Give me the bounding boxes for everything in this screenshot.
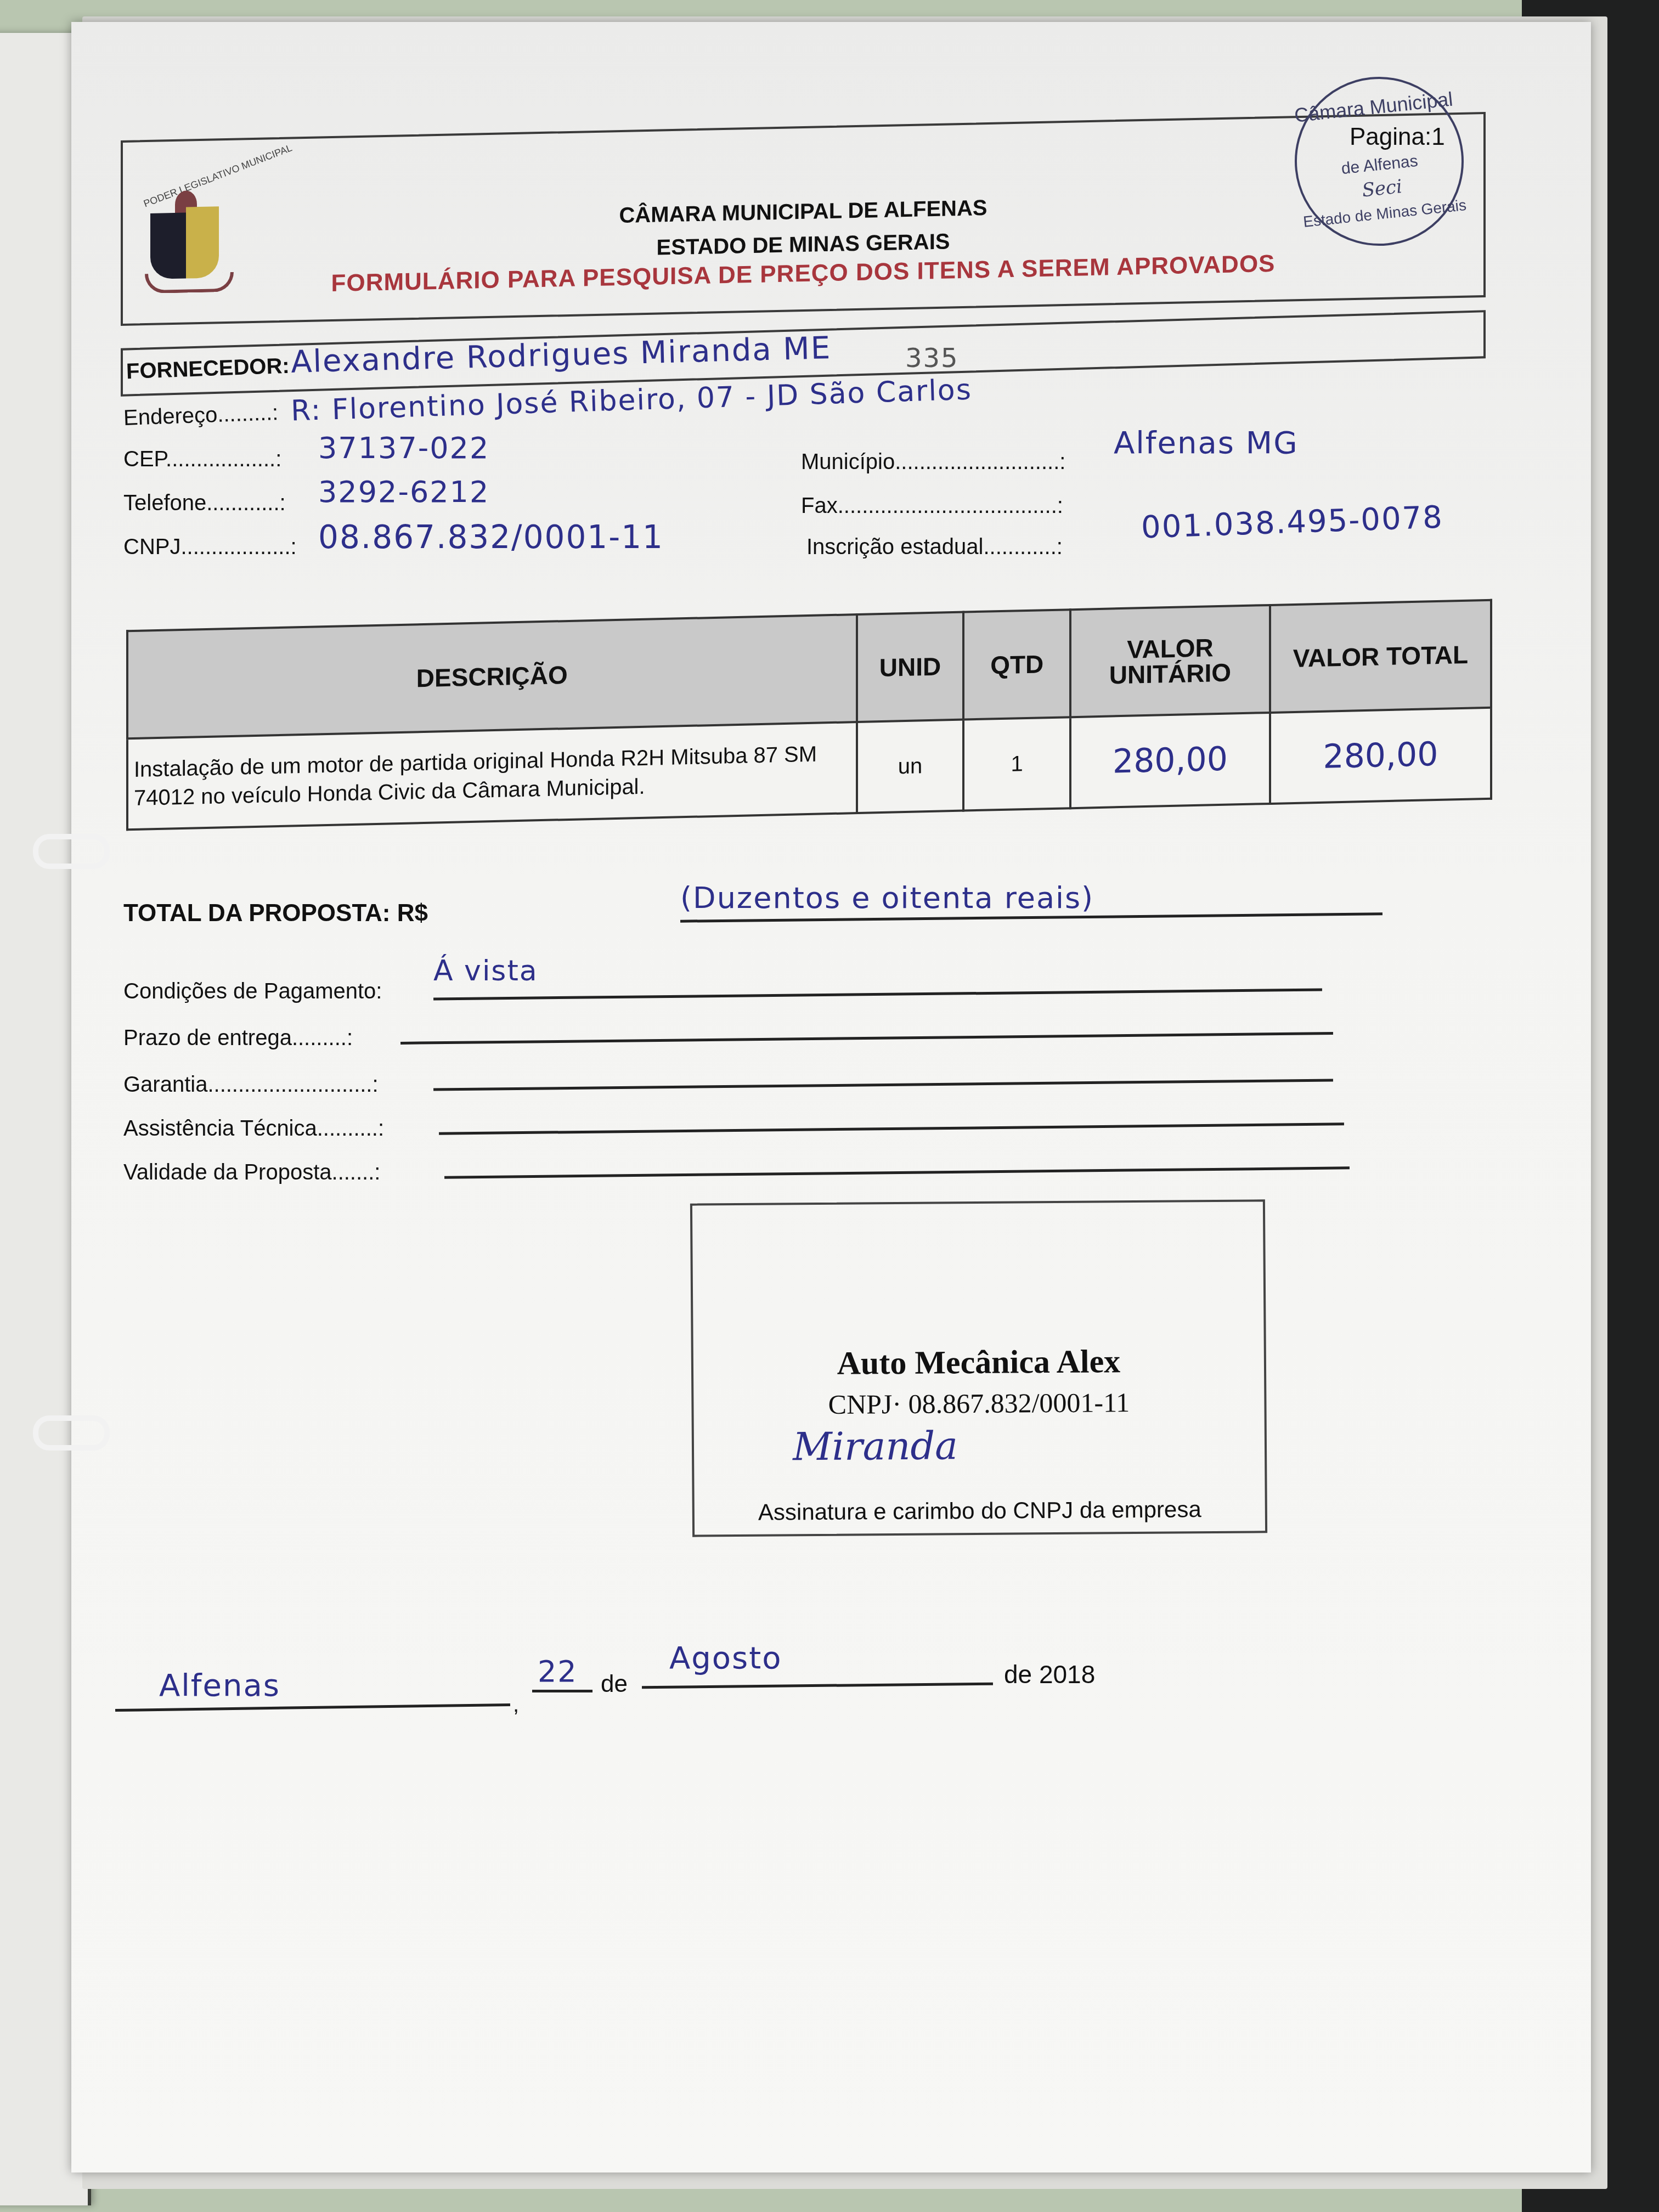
supplier-note: 335 [905,343,959,374]
column-header-quantity: QTD [963,610,1070,719]
state-registration-label: Inscrição estadual............: [806,535,1063,560]
item-description: Instalação de um motor de partida origin… [127,722,857,830]
fax-label: Fax....................................: [801,494,1063,518]
proposal-validity-label: Validade da Proposta.......: [123,1160,380,1185]
warranty-label: Garantia...........................: [123,1073,379,1097]
binder-ring [33,834,110,869]
stamp-top-text: Câmara Municipal [1290,87,1457,127]
payment-terms-underline [433,989,1322,1001]
signature-stamp-box[interactable]: Auto Mecânica Alex CNPJ· 08.867.832/0001… [690,1199,1267,1537]
phone-field[interactable]: 3292-6212 [318,475,489,509]
column-header-total-price: VALOR TOTAL [1270,600,1491,713]
day-field[interactable]: 22 [538,1654,578,1689]
handwritten-signature: Miranda [793,1423,958,1469]
day-underline [532,1690,592,1692]
delivery-time-label: Prazo de entrega.........: [123,1026,353,1051]
item-unit-price-field[interactable]: 280,00 [1070,713,1270,808]
column-header-unit: UNID [857,612,964,722]
payment-terms-field[interactable]: Á vista [433,955,538,988]
company-stamp-name: Auto Mecânica Alex [693,1341,1264,1383]
warranty-underline [433,1079,1333,1091]
proposal-validity-underline [444,1166,1350,1178]
items-table: DESCRIÇÃO UNID QTD VALOR UNITÁRIO VALOR … [126,599,1492,831]
column-header-unit-price: VALOR UNITÁRIO [1070,605,1270,717]
cnpj-label: CNPJ..................: [123,535,297,560]
company-stamp-cnpj: CNPJ· 08.867.832/0001-11 [693,1385,1264,1421]
place-underline [115,1703,510,1712]
phone-label: Telefone............: [123,491,286,516]
technical-assistance-underline [439,1122,1344,1135]
month-underline [642,1683,993,1689]
technical-assistance-label: Assistência Técnica..........: [123,1116,384,1141]
year-label: de 2018 [1004,1660,1095,1689]
item-total-price-field[interactable]: 280,00 [1270,708,1491,804]
logo-caption: PODER LEGISLATIVO MUNICIPAL [142,142,294,210]
date-de-label: de [601,1671,628,1698]
binder-ring [33,1415,110,1451]
total-in-words-field[interactable]: (Duzentos e oitenta reais) [680,881,1094,915]
page-number: Pagina:1 [1350,123,1445,151]
cep-label: CEP..................: [123,447,281,472]
place-field[interactable]: Alfenas [159,1668,280,1703]
header-box: PODER LEGISLATIVO MUNICIPAL CÂMARA MUNIC… [121,112,1486,326]
delivery-time-underline [400,1032,1333,1045]
total-label: TOTAL DA PROPOSTA: R$ [123,900,428,927]
item-quantity: 1 [963,717,1070,810]
cep-field[interactable]: 37137-022 [318,431,489,465]
cnpj-field[interactable]: 08.867.832/0001-11 [318,518,664,556]
form-page: PODER LEGISLATIVO MUNICIPAL CÂMARA MUNIC… [71,22,1591,2172]
comma-separator: , [513,1692,519,1717]
signature-caption: Assinatura e carimbo do CNPJ da empresa [695,1496,1265,1526]
municipality-field[interactable]: Alfenas MG [1114,425,1299,461]
column-header-description: DESCRIÇÃO [127,614,857,738]
item-unit: un [857,720,964,813]
municipality-label: Município...........................: [801,450,1065,475]
state-registration-field[interactable]: 001.038.495-0078 [1141,499,1444,545]
address-label: Endereço.........: [123,400,279,431]
payment-terms-label: Condições de Pagamento: [123,979,382,1004]
month-field[interactable]: Agosto [669,1640,782,1676]
